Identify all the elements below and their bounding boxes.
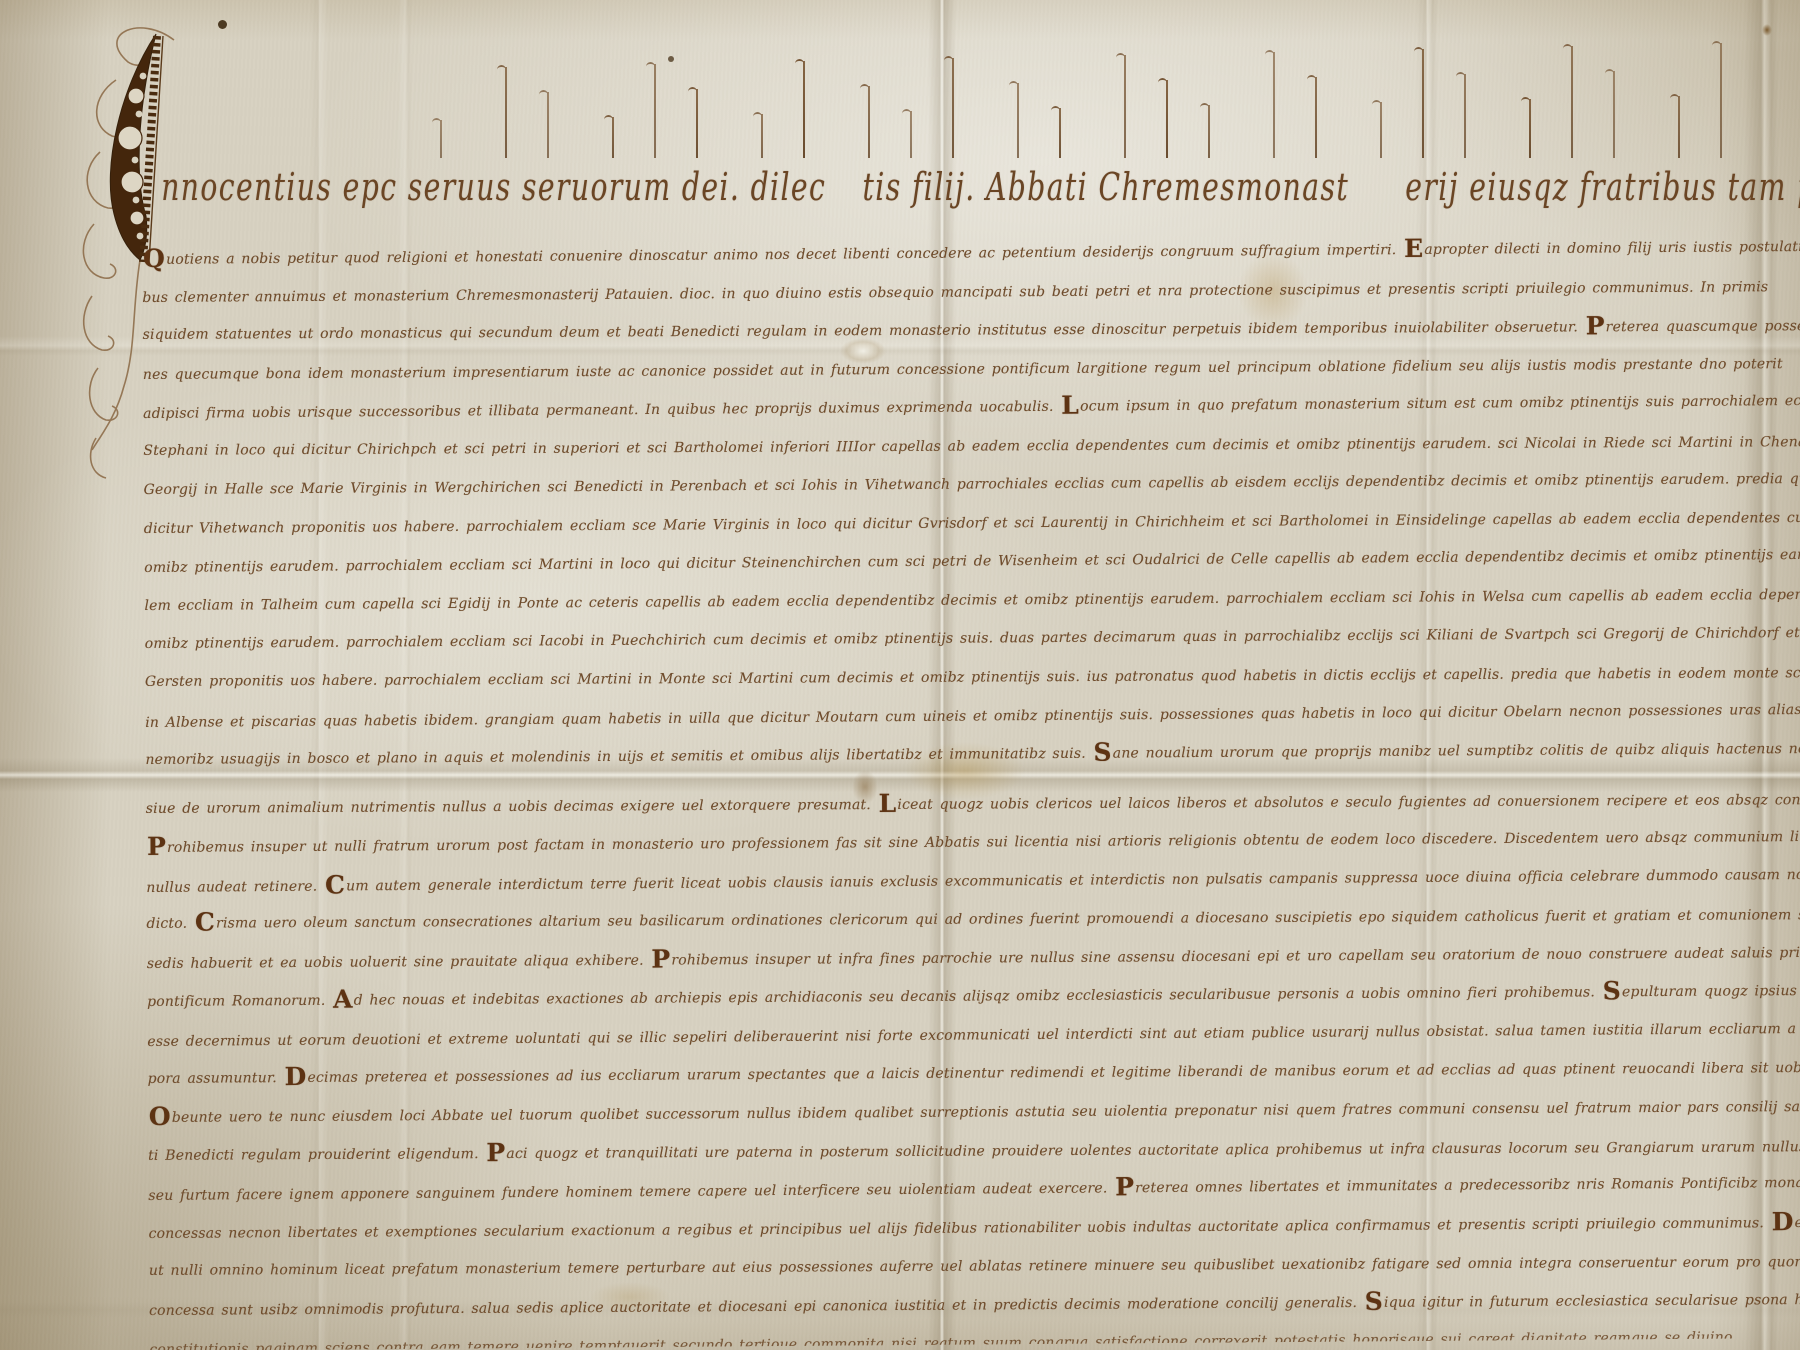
versal-initial: S [1092, 738, 1112, 767]
versal-initial: P [146, 832, 167, 861]
manuscript-line: siue de urorum animalium nutrimentis nul… [146, 783, 1730, 830]
versal-initial: P [1585, 311, 1606, 340]
versal-initial: E [1403, 234, 1424, 263]
versal-initial: L [878, 789, 898, 818]
heading-segment: nnocentius epc seruus seruorum dei. dile… [161, 165, 826, 210]
versal-initial: O [148, 1102, 172, 1131]
versal-initial: L [1060, 391, 1080, 420]
heading-line: nnocentius epc seruus seruorum dei. dile… [140, 148, 1730, 210]
versal-initial: D [1771, 1207, 1795, 1236]
versal-initial: P [1114, 1172, 1135, 1201]
versal-initial: C [324, 870, 346, 899]
versal-initial: C [194, 908, 216, 937]
versal-initial: P [485, 1138, 506, 1167]
manuscript-line: Stephani in loco qui dicitur Chirichpch … [143, 425, 1727, 472]
versal-initial: S [1364, 1287, 1384, 1316]
manuscript-photo: { "palette": { "parchment": "#d7d1c1", "… [0, 0, 1800, 1350]
versal-initial: P [650, 944, 671, 973]
versal-initial: D [283, 1062, 307, 1091]
versal-initial: A [332, 985, 354, 1014]
versal-initial: S [1602, 977, 1622, 1006]
versal-initial: Q [142, 244, 166, 273]
manuscript-text-block: Quotiens a nobis petitur quod religioni … [142, 231, 1733, 1350]
heading-segment: erij eiusqz fratribus tam presentibus qu… [1405, 165, 1800, 210]
heading-segment: tis filij. Abbati Chremesmonast [863, 165, 1350, 210]
manuscript-lines: Quotiens a nobis petitur quod religioni … [142, 231, 1733, 1350]
